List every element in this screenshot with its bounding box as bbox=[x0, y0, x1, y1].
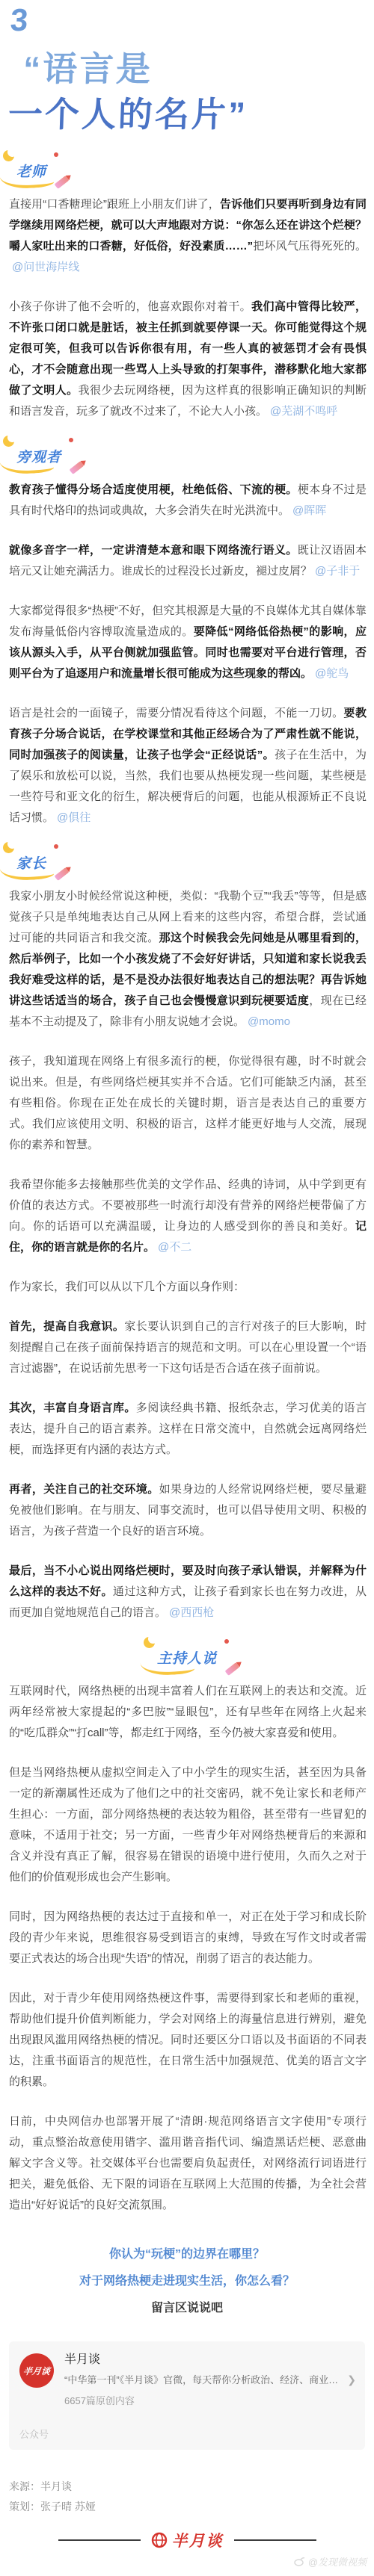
text-run: 把坏风气压得死死的。 bbox=[253, 240, 367, 253]
paragraph: 因此，对于青少年使用网络热梗这件事，需要得到家长和老师的重视，帮助他们提升价值判… bbox=[9, 1988, 367, 2093]
paragraph: 首先，提高自我意识。家长要认识到自己的言行对孩子的巨大影响，时刻提醒自己在孩子面… bbox=[9, 1316, 367, 1379]
section-tag-row-host: 主持人说 bbox=[0, 1646, 374, 1669]
text-run: 孩子，我知道现在网络上有很多流行的梗，你觉得很有趣，时不时就会说出来。但是，有些… bbox=[9, 1055, 367, 1151]
question-line-2: 对于网络热梗走进现实生活，你怎么看？ bbox=[0, 2268, 374, 2295]
username-link[interactable]: @俱往 bbox=[57, 811, 91, 824]
moon-decoration-icon bbox=[144, 1637, 155, 1648]
article-page: 3 “语言是 一个人的名片” 老师直接用“口香糖理论”跟班上小朋友们讲了，告诉他… bbox=[0, 0, 374, 2576]
text-run: 日前，中央网信办也部署开展了“清朗·规范网络语言文字使用”专项行动，重点整治故意… bbox=[9, 2115, 367, 2211]
paragraph: 语言是社会的一面镜子，需要分情况看待这个问题，不能一刀切。要教育孩子分场合说话，… bbox=[9, 703, 367, 829]
dot-decoration-icon bbox=[54, 152, 58, 157]
section-host: 主持人说互联网时代，网络热梗的出现丰富着人们在互联网上的表达和交流。近两年经常被… bbox=[0, 1646, 374, 2216]
section-tag-parent: 家长 bbox=[12, 851, 51, 874]
weibo-watermark: @发现微视频 bbox=[0, 2551, 374, 2576]
text-run: 其次，丰富自身语言库。 bbox=[9, 1402, 136, 1414]
section-observer: 旁观者教育孩子懂得分场合适度使用梗，杜绝低俗、下流的梗。梗本身不过是具有时代烙印… bbox=[0, 445, 374, 829]
section-paragraphs-host: 互联网时代，网络热梗的出现丰富着人们在互联网上的表达和交流。近两年经常被大家提起… bbox=[0, 1681, 374, 2216]
text-run: 但是当网络热梗从虚拟空间走入了中小学生的现实生活，甚至因为具备一定的新潮属性还成… bbox=[9, 1766, 367, 1883]
moon-decoration-icon bbox=[3, 842, 14, 853]
section-tag-host: 主持人说 bbox=[153, 1646, 221, 1669]
original-content-count: 6657篇原创内容 bbox=[64, 2393, 356, 2407]
moon-decoration-icon bbox=[3, 436, 14, 447]
article-title-line2: 一个人的名片” bbox=[7, 92, 374, 137]
pencil-decoration-icon bbox=[55, 867, 70, 881]
section-parent: 家长我家小朋友小时候经常说这种梗，类似：“我勒个豆”“我丢”等等，但是感觉孩子只… bbox=[0, 851, 374, 1623]
section-paragraphs-parent: 我家小朋友小时候经常说这种梗，类似：“我勒个豆”“我丢”等等，但是感觉孩子只是单… bbox=[0, 886, 374, 1623]
pencil-decoration-icon bbox=[70, 461, 85, 474]
official-account-card[interactable]: 半月谈 半月谈 “中华第一刊”《半月谈》官微，每天帮你分析政治、经济、商业大事，… bbox=[9, 2341, 365, 2450]
text-run: 同时，因为网络热梗的表达过于直接和单一，对正在处于学习和成长阶段的青少年来说，思… bbox=[9, 1910, 367, 1965]
dot-decoration-icon bbox=[69, 438, 73, 442]
username-link[interactable]: @子非于 bbox=[315, 565, 360, 578]
section-paragraphs-observer: 教育孩子懂得分场合适度使用梗，杜绝低俗、下流的梗。梗本身不过是具有时代烙印的热词… bbox=[0, 480, 374, 829]
text-run: 我们高中管得比较严，不许张口闭口就是脏话，被主任抓到就要停课一天。你可能觉得这个… bbox=[9, 300, 367, 397]
paragraph: 孩子，我知道现在网络上有很多流行的梗，你觉得很有趣，时不时就会说出来。但是，有些… bbox=[9, 1051, 367, 1156]
text-run: 首先，提高自我意识。 bbox=[9, 1320, 124, 1333]
section-tag-label: 家长 bbox=[16, 856, 46, 872]
section-tag-label: 旁观者 bbox=[16, 450, 61, 465]
weibo-icon bbox=[294, 2557, 305, 2566]
pencil-decoration-icon bbox=[225, 1662, 240, 1676]
globe-icon bbox=[151, 2532, 168, 2548]
text-run: 小孩子你讲了他不会听的，他喜欢跟你对着干。 bbox=[9, 300, 251, 313]
paragraph: 小孩子你讲了他不会听的，他喜欢跟你对着干。我们高中管得比较严，不许张口闭口就是脏… bbox=[9, 297, 367, 422]
section-teacher: 老师直接用“口香糖理论”跟班上小朋友们讲了，告诉他们只要再听到身边有同学继续用网… bbox=[0, 159, 374, 422]
text-run: 我希望你能多去接触那些优美的文学作品、经典的诗词，从中学到更有价值的表达方式。不… bbox=[9, 1178, 367, 1233]
username-link[interactable]: @问世海岸线 bbox=[12, 261, 79, 273]
username-link[interactable]: @西西枪 bbox=[169, 1606, 214, 1619]
paragraph: 我希望你能多去接触那些优美的文学作品、经典的诗词，从中学到更有价值的表达方式。不… bbox=[9, 1174, 367, 1258]
account-description: “中华第一刊”《半月谈》官微，每天帮你分析政治、经济、商业大事，解读社会发展，品… bbox=[64, 2373, 344, 2387]
text-run: 直接用“口香糖理论”跟班上小朋友们讲了， bbox=[9, 198, 220, 211]
footer-divider-right bbox=[234, 2539, 316, 2541]
paragraph: 但是当网络热梗从虚拟空间走入了中小学生的现实生活，甚至因为具备一定的新潮属性还成… bbox=[9, 1762, 367, 1888]
text-run: 因此，对于青少年使用网络热梗这件事，需要得到家长和老师的重视，帮助他们提升价值判… bbox=[9, 1992, 367, 2088]
banyuetan-logo-text: 半月谈 bbox=[22, 2365, 51, 2377]
credits: 来源：半月谈 策划：张子晴 苏娅 bbox=[9, 2477, 365, 2517]
section-paragraphs-teacher: 直接用“口香糖理论”跟班上小朋友们讲了，告诉他们只要再听到身边有同学继续用网络烂… bbox=[0, 194, 374, 422]
section-tag-row-observer: 旁观者 bbox=[12, 445, 374, 468]
page-number: 3 bbox=[10, 4, 374, 36]
section-tag-observer: 旁观者 bbox=[12, 445, 66, 468]
username-link[interactable]: @momo bbox=[248, 1015, 290, 1028]
section-tag-teacher: 老师 bbox=[12, 159, 51, 182]
username-link[interactable]: @不二 bbox=[158, 1241, 191, 1254]
text-run: 作为家长，我们可以从以下几个方面以身作则： bbox=[9, 1281, 245, 1293]
paragraph: 大家都觉得很多“热梗”不好，但究其根源是大量的不良媒体尤其自媒体靠发布海量低俗内… bbox=[9, 601, 367, 684]
section-tag-row-teacher: 老师 bbox=[12, 159, 374, 182]
paragraph: 同时，因为网络热梗的表达过于直接和单一，对正在处于学习和成长阶段的青少年来说，思… bbox=[9, 1907, 367, 1969]
dot-decoration-icon bbox=[54, 844, 58, 849]
moon-decoration-icon bbox=[3, 150, 14, 161]
text-run: 就像多音字一样，一定讲清楚本意和眼下网络流行语义。 bbox=[9, 544, 298, 557]
source-credit: 来源：半月谈 bbox=[9, 2477, 365, 2497]
footer-brand: 半月谈 bbox=[172, 2529, 224, 2551]
paragraph: 直接用“口香糖理论”跟班上小朋友们讲了，告诉他们只要再听到身边有同学继续用网络烂… bbox=[9, 194, 367, 278]
article-body: 老师直接用“口香糖理论”跟班上小朋友们讲了，告诉他们只要再听到身边有同学继续用网… bbox=[0, 159, 374, 2216]
paragraph: 再者，关注自己的社交环境。如果身边的人经常说网络烂梗，要尽量避免被他们影响。在与… bbox=[9, 1479, 367, 1542]
paragraph: 互联网时代，网络热梗的出现丰富着人们在互联网上的表达和交流。近两年经常被大家提起… bbox=[9, 1681, 367, 1744]
text-run: 语言是社会的一面镜子，需要分情况看待这个问题，不能一刀切。 bbox=[9, 707, 344, 719]
pencil-decoration-icon bbox=[55, 176, 70, 189]
banyuetan-logo: 半月谈 bbox=[19, 2353, 54, 2388]
text-run: 再者，关注自己的社交环境。 bbox=[9, 1483, 159, 1496]
text-run: 互联网时代，网络热梗的出现丰富着人们在互联网上的表达和交流。近两年经常被大家提起… bbox=[9, 1685, 367, 1739]
dot-decoration-icon bbox=[224, 1639, 229, 1644]
username-link[interactable]: @芜湖不鸣呼 bbox=[270, 405, 337, 418]
text-run: 教育孩子懂得分场合适度使用梗，杜绝低俗、下流的梗。 bbox=[9, 483, 298, 496]
footer-brand-row: 半月谈 bbox=[0, 2529, 374, 2551]
article-title-line1: “语言是 bbox=[22, 46, 374, 92]
username-link[interactable]: @鸵鸟 bbox=[315, 667, 349, 680]
weibo-watermark-text: @发现微视频 bbox=[308, 2554, 367, 2569]
username-link[interactable]: @晖晖 bbox=[292, 504, 326, 517]
account-name: 半月谈 bbox=[64, 2352, 356, 2368]
planner-credit: 策划：张子晴 苏娅 bbox=[9, 2497, 365, 2517]
paragraph: 就像多音字一样，一定讲清楚本意和眼下网络流行语义。既让汉语固本培元又让她充满活力… bbox=[9, 540, 367, 582]
paragraph: 教育孩子懂得分场合适度使用梗，杜绝低俗、下流的梗。梗本身不过是具有时代烙印的热词… bbox=[9, 480, 367, 521]
question-line-3: 留言区说说吧 bbox=[0, 2295, 374, 2322]
section-tag-label: 主持人说 bbox=[157, 1651, 217, 1667]
chevron-right-icon[interactable]: ❯ bbox=[344, 2374, 356, 2386]
article-title: “语言是 一个人的名片” bbox=[0, 46, 374, 137]
paragraph: 其次，丰富自身语言库。多阅读经典书籍、报纸杂志，学习优美的语言表达，提升自己的语… bbox=[9, 1398, 367, 1461]
footer-divider-left bbox=[58, 2539, 141, 2541]
account-type-label: 公众号 bbox=[19, 2427, 356, 2441]
paragraph: 我家小朋友小时候经常说这种梗，类似：“我勒个豆”“我丢”等等，但是感觉孩子只是单… bbox=[9, 886, 367, 1032]
question-line-1: 你认为“玩梗”的边界在哪里？ bbox=[0, 2241, 374, 2268]
section-tag-row-parent: 家长 bbox=[12, 851, 374, 874]
paragraph: 作为家长，我们可以从以下几个方面以身作则： bbox=[9, 1277, 367, 1298]
paragraph: 日前，中央网信办也部署开展了“清朗·规范网络语言文字使用”专项行动，重点整治故意… bbox=[9, 2111, 367, 2216]
section-tag-label: 老师 bbox=[16, 164, 46, 180]
paragraph: 最后，当不小心说出网络烂梗时，要及时向孩子承认错误，并解释为什么这样的表达不好。… bbox=[9, 1561, 367, 1623]
discussion-questions: 你认为“玩梗”的边界在哪里？ 对于网络热梗走进现实生活，你怎么看？ 留言区说说吧 bbox=[0, 2241, 374, 2322]
